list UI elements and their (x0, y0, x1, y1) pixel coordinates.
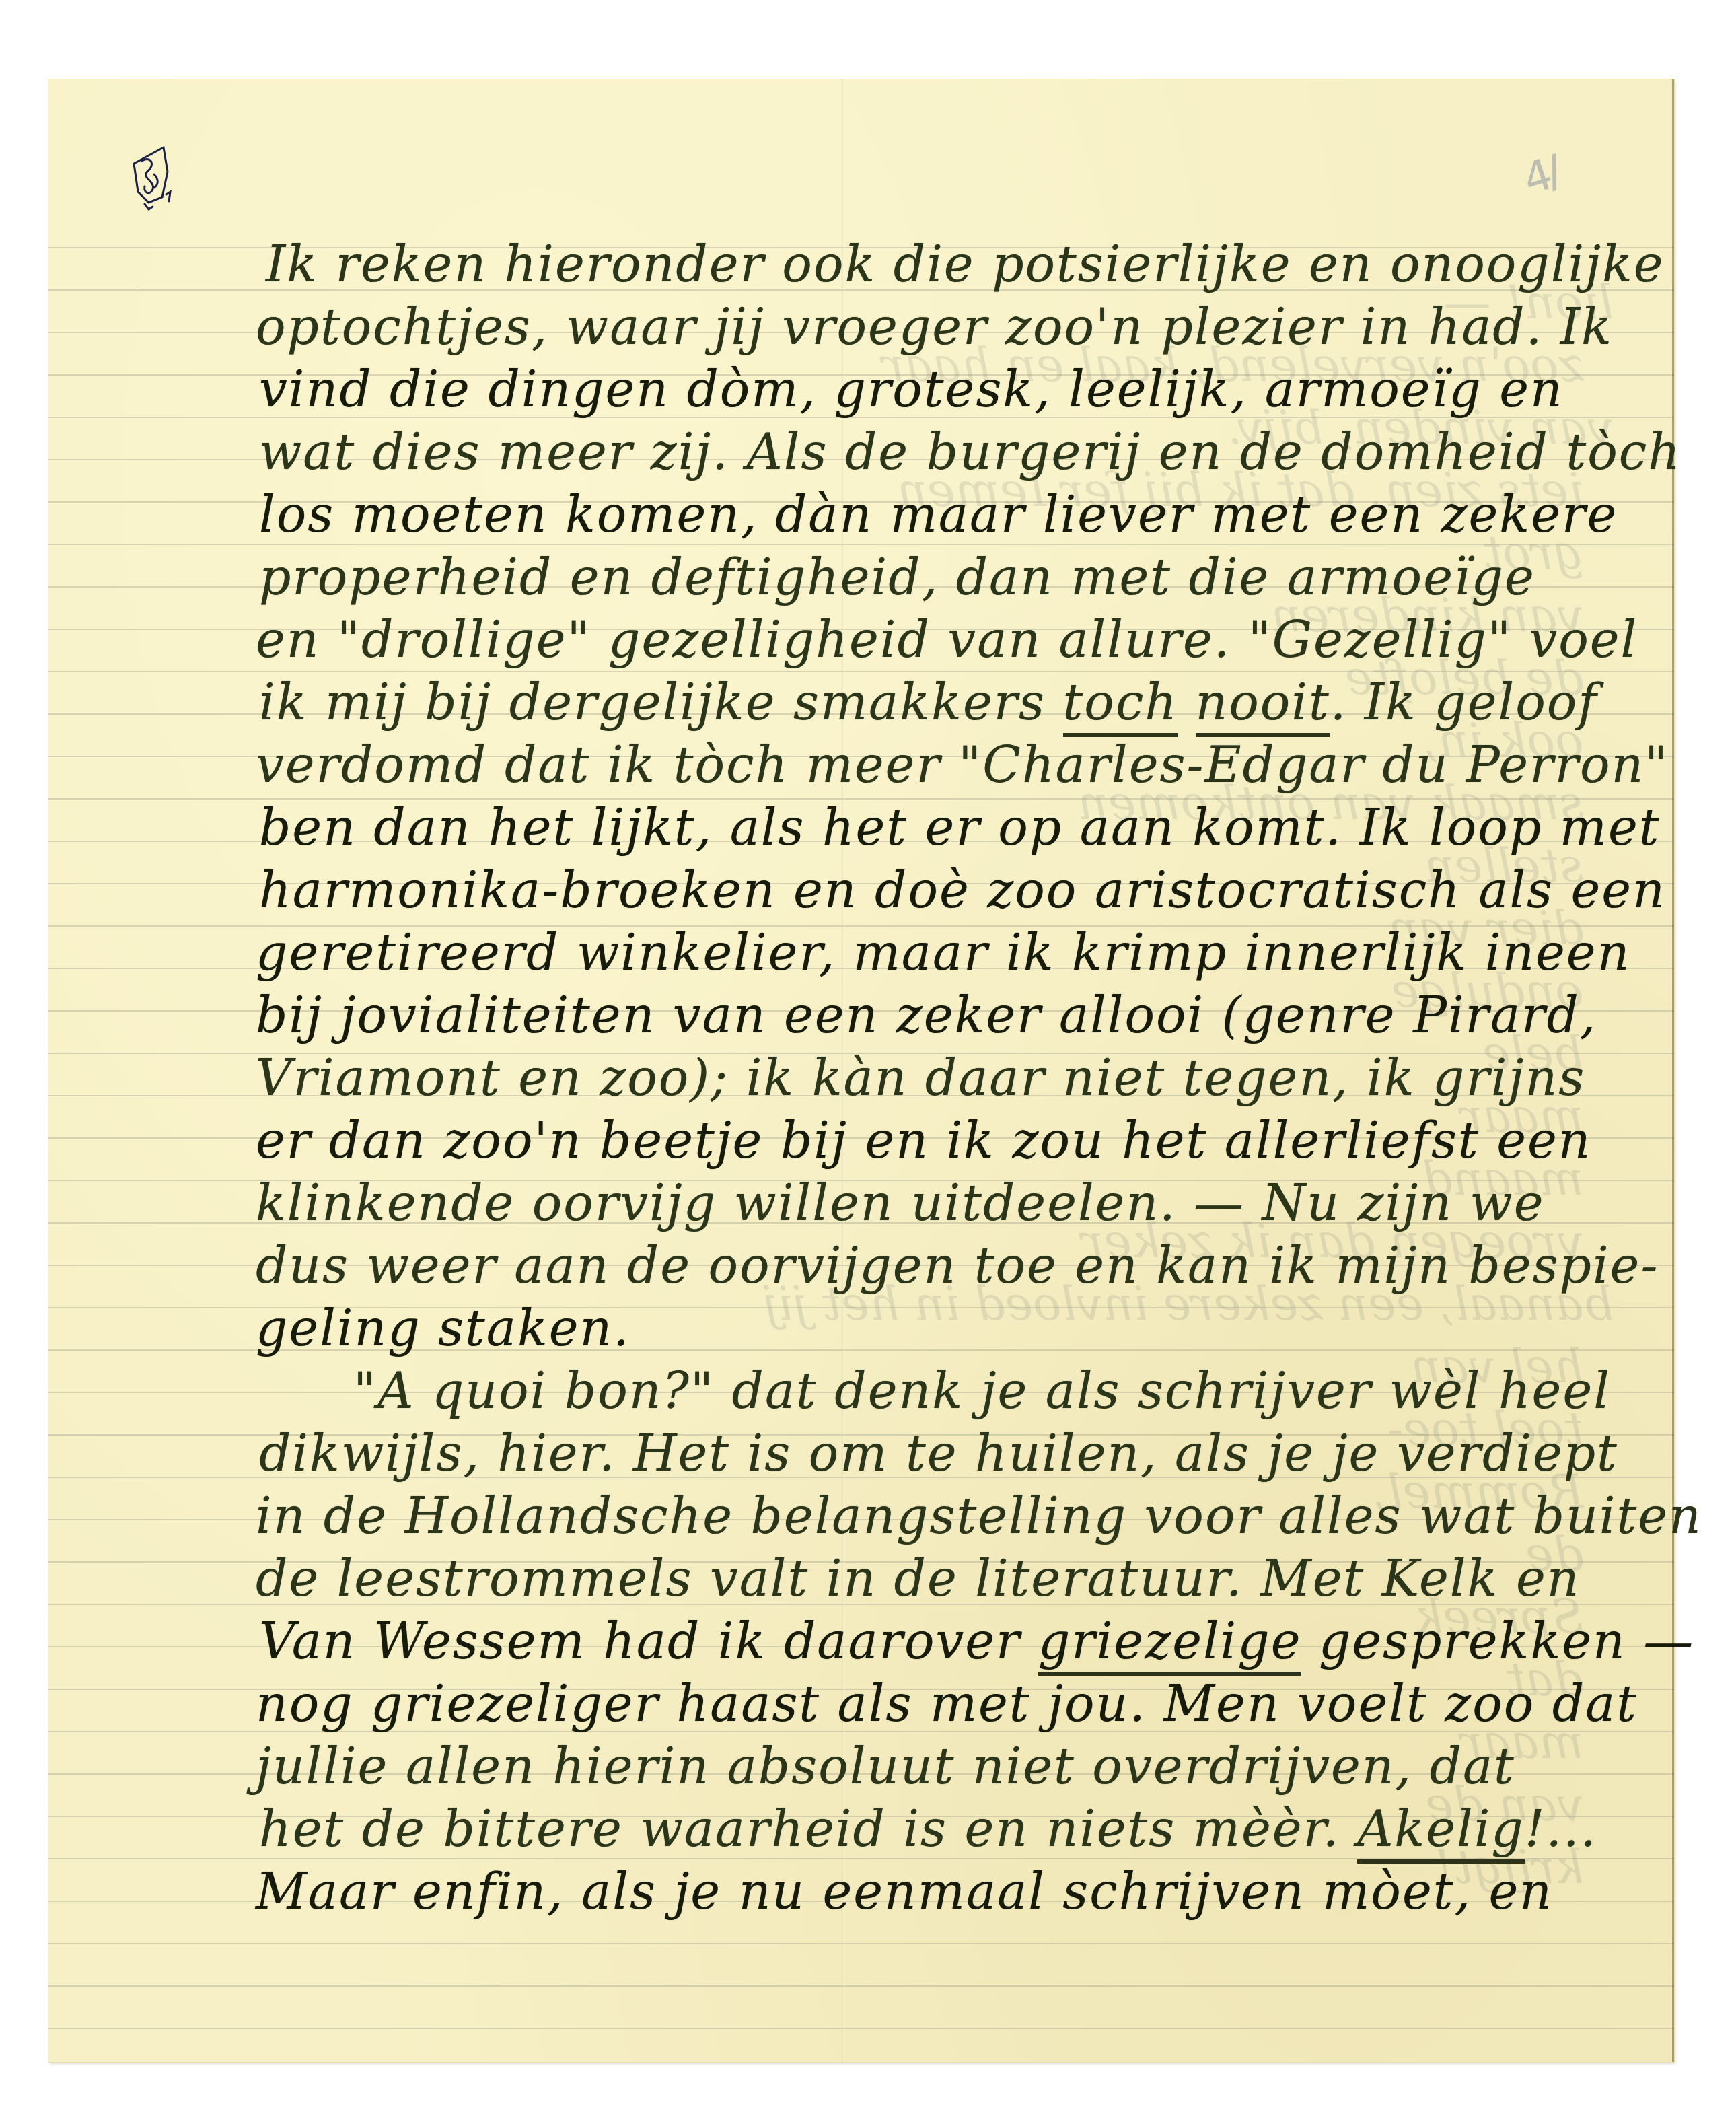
letter-line: "A quoi bon?" dat denk je als schrijver … (353, 1362, 1611, 1420)
line-text: gesprekken — (1301, 1613, 1694, 1670)
letter-line: jullie allen hierin absoluut niet overdr… (256, 1738, 1515, 1796)
letter-line: in de Hollandsche belangstelling voor al… (256, 1487, 1702, 1545)
letter-line: los moeten komen, dàn maar liever met ee… (259, 486, 1618, 544)
letter-line: Vriamont en zoo); ik kàn daar niet tegen… (256, 1049, 1585, 1107)
paper-edge (1672, 79, 1674, 2062)
letter-line: er dan zoo'n beetje bij en ik zou het al… (256, 1112, 1591, 1170)
line-text: !... (1525, 1800, 1597, 1858)
letter-line: vind die dingen dòm, grotesk, leelijk, a… (259, 361, 1564, 419)
line-text: het de bittere waarheid is en niets mèèr… (259, 1800, 1357, 1858)
underlined-word: nooit (1196, 674, 1330, 737)
letter-line: geretireerd winkelier, maar ik krimp inn… (256, 924, 1630, 982)
letter-line: klinkende oorvijg willen uitdeelen. — Nu… (256, 1174, 1544, 1232)
letter-line: Van Wessem had ik daarover griezelige ge… (259, 1613, 1694, 1670)
line-text: . Ik geloof (1330, 674, 1598, 732)
underlined-word: griezelige (1038, 1613, 1301, 1676)
letter-line: verdomd dat ik tòch meer "Charles-Edgar … (256, 736, 1669, 794)
line-text (1178, 674, 1196, 732)
letter-line: dus weer aan de oorvijgen toe en kan ik … (256, 1237, 1659, 1295)
letter-line: ik mij bij dergelijke smakkers toch nooi… (259, 674, 1598, 732)
letter-line: properheid en deftigheid, dan met die ar… (259, 548, 1535, 606)
monogram-stamp-icon (131, 145, 173, 212)
letter-line: optochtjes, waar jij vroeger zoo'n plezi… (256, 298, 1613, 356)
underlined-word: Akelig (1357, 1800, 1525, 1864)
letter-line: de leestrommels valt in de literatuur. M… (256, 1550, 1580, 1608)
letter-line: Maar enfin, als je nu eenmaal schrijven … (256, 1863, 1553, 1921)
underlined-word: toch (1063, 674, 1178, 737)
letter-line: het de bittere waarheid is en niets mèèr… (259, 1800, 1597, 1858)
letter-line: bij jovialiteiten van een zeker allooi (… (256, 987, 1597, 1044)
line-text: Van Wessem had ik daarover (259, 1613, 1038, 1670)
letter-line: nog griezeliger haast als met jou. Men v… (256, 1675, 1638, 1733)
letter-line: dikwijls, hier. Het is om te huilen, als… (259, 1425, 1618, 1483)
letter-line: en "drollige" gezelligheid van allure. "… (256, 611, 1638, 669)
letter-line: ben dan het lijkt, als het er op aan kom… (259, 799, 1660, 857)
letter-line: geling staken. (256, 1300, 630, 1357)
line-text: ik mij bij dergelijke smakkers (259, 674, 1063, 732)
letter-line: harmonika-broeken en doè zoo aristocrati… (259, 861, 1666, 919)
letter-line: wat dies meer zij. Als de burgerij en de… (259, 423, 1681, 481)
letter-line: Ik reken hieronder ook die potsierlijke … (266, 236, 1665, 293)
